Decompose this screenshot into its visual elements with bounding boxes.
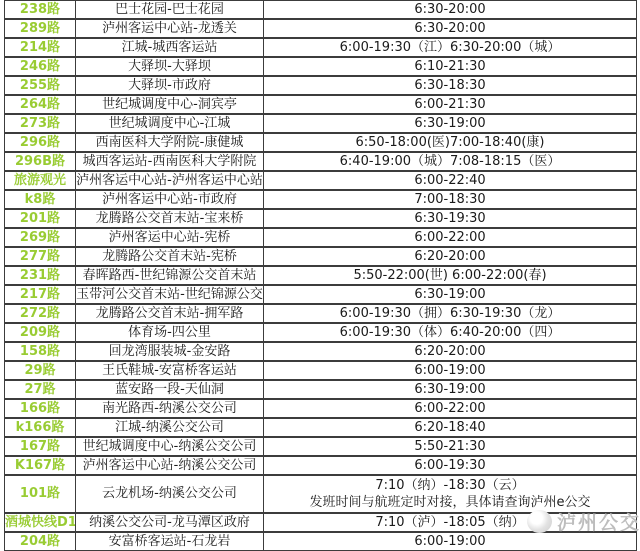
table-row: K167路泸州客运中心站-纳溪公交公司6:00-19:30 (4, 456, 637, 475)
route-times: 7:10（泸）-18:05（纳） (264, 514, 636, 531)
time-range: 6:00-19:30（江）6:30-20:00（城） (264, 39, 636, 56)
route-name: 南光路西-纳溪公交公司 (76, 400, 264, 417)
time-range: 6:30-19:00 (264, 381, 636, 398)
route-number: 214路 (5, 39, 76, 56)
route-times: 6:00-19:30（拥）6:30-19:30（龙） (264, 305, 636, 322)
route-times: 6:20-20:00 (264, 343, 636, 360)
route-number: 158路 (5, 343, 76, 360)
table-row: 231路春晖路西-世纪锦源公交首末站5:50-22:00(世) 6:00-22:… (4, 266, 637, 285)
route-number: 酒城快线D1 (5, 514, 76, 531)
table-row: 204路安富桥客运站-石龙岩6:00-19:00 (4, 532, 637, 551)
route-number: 238路 (5, 1, 76, 18)
table-row: 217路玉带河公交首末站-世纪锦源公交首末站6:30-19:00 (4, 285, 637, 304)
table-row: 296B路城西客运站-西南医科大学附院6:40-19:00（城）7:08-18:… (4, 152, 637, 171)
route-times: 6:00-19:30（江）6:30-20:00（城） (264, 39, 636, 56)
table-row: 238路巴士花园-巴士花园6:30-20:00 (4, 0, 637, 19)
table-row: 167路世纪城调度中心-纳溪公交公司5:50-21:30 (4, 437, 637, 456)
route-times: 6:30-19:00 (264, 381, 636, 398)
route-times: 6:00-19:30（体）6:40-20:00（四） (264, 324, 636, 341)
route-name: 云龙机场-纳溪公交公司 (76, 476, 264, 512)
route-name: 大驿坝-大驿坝 (76, 58, 264, 75)
route-times: 6:20-20:00 (264, 248, 636, 265)
time-range: 6:00-19:30（拥）6:30-19:30（龙） (264, 305, 636, 322)
route-name: 世纪城调度中心-纳溪公交公司 (76, 438, 264, 455)
table-row: 277路龙腾路公交首末站-宪桥6:20-20:00 (4, 247, 637, 266)
time-range: 6:20-20:00 (264, 343, 636, 360)
route-name: 泸州客运中心站-市政府 (76, 191, 264, 208)
route-times: 7:10（纳）-18:30（云）发班时间与航班定时对接，具体请查询泸州e公交 (264, 476, 636, 512)
table-row: 246路大驿坝-大驿坝6:10-21:30 (4, 57, 637, 76)
route-name: 泸州客运中心站-龙透关 (76, 20, 264, 37)
route-name: 巴士花园-巴士花园 (76, 1, 264, 18)
table-row: 272路龙腾路公交首末站-拥军路6:00-19:30（拥）6:30-19:30（… (4, 304, 637, 323)
table-row: 29路王氏鞋城-安富桥客运站6:00-19:00 (4, 361, 637, 380)
route-number: 204路 (5, 533, 76, 550)
route-number: 273路 (5, 115, 76, 132)
route-name: 泸州客运中心站-纳溪公交公司 (76, 457, 264, 474)
time-range: 6:00-19:00 (264, 362, 636, 379)
bus-schedule-page: 238路巴士花园-巴士花园6:30-20:00289路泸州客运中心站-龙透关6:… (0, 0, 640, 551)
route-name: 龙腾路公交首末站-拥军路 (76, 305, 264, 322)
route-name: 龙腾路公交首末站-宪桥 (76, 248, 264, 265)
time-range: 7:00-18:30 (264, 191, 636, 208)
route-times: 5:50-22:00(世) 6:00-22:00(春) (264, 267, 636, 284)
time-range: 6:00-19:30 (264, 457, 636, 474)
table-row: k166路江城-纳溪公交公司6:20-18:40 (4, 418, 637, 437)
time-range: 6:30-19:00 (264, 286, 636, 303)
route-number: 264路 (5, 96, 76, 113)
route-name: 体育场-四公里 (76, 324, 264, 341)
route-times: 6:00-22:00 (264, 229, 636, 246)
time-range: 6:10-21:30 (264, 58, 636, 75)
route-number: 269路 (5, 229, 76, 246)
table-row: 269路泸州客运中心站-宪桥6:00-22:00 (4, 228, 637, 247)
table-row: 酒城快线D1纳溪公交公司-龙马潭区政府7:10（泸）-18:05（纳） (4, 513, 637, 532)
route-number: 272路 (5, 305, 76, 322)
table-row: 209路体育场-四公里6:00-19:30（体）6:40-20:00（四） (4, 323, 637, 342)
route-number: 246路 (5, 58, 76, 75)
route-number: 201路 (5, 210, 76, 227)
route-name: 城西客运站-西南医科大学附院 (76, 153, 264, 170)
table-row: k8路泸州客运中心站-市政府7:00-18:30 (4, 190, 637, 209)
route-number: 289路 (5, 20, 76, 37)
route-times: 6:30-19:00 (264, 286, 636, 303)
route-name: 世纪城调度中心-洞宾亭 (76, 96, 264, 113)
time-range: 6:30-19:00 (264, 115, 636, 132)
time-range: 7:10（泸）-18:05（纳） (264, 514, 636, 531)
route-number: 166路 (5, 400, 76, 417)
route-times: 6:30-19:30 (264, 210, 636, 227)
time-range: 5:50-21:30 (264, 438, 636, 455)
route-name: 龙腾路公交首末站-宝来桥 (76, 210, 264, 227)
time-range: 6:40-19:00（城）7:08-18:15（医） (264, 153, 636, 170)
route-times: 6:00-21:30 (264, 96, 636, 113)
time-range: 6:30-19:30 (264, 210, 636, 227)
route-name: 纳溪公交公司-龙马潭区政府 (76, 514, 264, 531)
route-name: 蓝安路一段-天仙洞 (76, 381, 264, 398)
table-row: 27路蓝安路一段-天仙洞6:30-19:00 (4, 380, 637, 399)
time-range: 6:00-22:00 (264, 400, 636, 417)
route-name: 世纪城调度中心-江城 (76, 115, 264, 132)
table-row: 214路江城-城西客运站6:00-19:30（江）6:30-20:00（城） (4, 38, 637, 57)
route-times: 6:30-20:00 (264, 1, 636, 18)
table-row: 289路泸州客运中心站-龙透关6:30-20:00 (4, 19, 637, 38)
route-name: 回龙湾服装城-金安路 (76, 343, 264, 360)
time-range: 6:00-19:00 (264, 533, 636, 550)
time-range: 6:20-20:00 (264, 248, 636, 265)
table-row: 273路世纪城调度中心-江城6:30-19:00 (4, 114, 637, 133)
route-times: 5:50-21:30 (264, 438, 636, 455)
route-name: 玉带河公交首末站-世纪锦源公交首末站 (76, 286, 264, 303)
time-range: 6:00-22:00 (264, 229, 636, 246)
bus-schedule-table: 238路巴士花园-巴士花园6:30-20:00289路泸州客运中心站-龙透关6:… (4, 0, 637, 551)
route-number: 29路 (5, 362, 76, 379)
time-range: 6:30-20:00 (264, 20, 636, 37)
time-range: 7:10（纳）-18:30（云） (264, 477, 636, 494)
route-number: K167路 (5, 457, 76, 474)
time-range: 6:30-20:00 (264, 1, 636, 18)
route-name: 泸州客运中心站-泸州客运中心站 (76, 172, 264, 189)
route-number: 296B路 (5, 153, 76, 170)
time-range: 6:20-18:40 (264, 419, 636, 436)
route-number: 167路 (5, 438, 76, 455)
time-range: 6:30-18:30 (264, 77, 636, 94)
route-times: 6:00-22:40 (264, 172, 636, 189)
route-number: 旅游观光 (5, 172, 76, 189)
route-number: 231路 (5, 267, 76, 284)
route-times: 6:50-18:00(医)7:00-18:40(康) (264, 134, 636, 151)
route-times: 6:30-19:00 (264, 115, 636, 132)
table-row: 264路世纪城调度中心-洞宾亭6:00-21:30 (4, 95, 637, 114)
route-times: 7:00-18:30 (264, 191, 636, 208)
route-number: 27路 (5, 381, 76, 398)
route-times: 6:20-18:40 (264, 419, 636, 436)
route-name: 江城-纳溪公交公司 (76, 419, 264, 436)
route-number: 296路 (5, 134, 76, 151)
route-times: 6:00-19:00 (264, 533, 636, 550)
table-row: 296路西南医科大学附院-康健城6:50-18:00(医)7:00-18:40(… (4, 133, 637, 152)
route-number: 277路 (5, 248, 76, 265)
route-name: 泸州客运中心站-宪桥 (76, 229, 264, 246)
route-number: 101路 (5, 476, 76, 512)
route-number: 255路 (5, 77, 76, 94)
route-times: 6:30-20:00 (264, 20, 636, 37)
time-range: 6:00-22:40 (264, 172, 636, 189)
route-times: 6:40-19:00（城）7:08-18:15（医） (264, 153, 636, 170)
route-name: 王氏鞋城-安富桥客运站 (76, 362, 264, 379)
table-row: 166路南光路西-纳溪公交公司6:00-22:00 (4, 399, 637, 418)
route-number: k166路 (5, 419, 76, 436)
table-row: 旅游观光泸州客运中心站-泸州客运中心站6:00-22:40 (4, 171, 637, 190)
route-name: 江城-城西客运站 (76, 39, 264, 56)
time-range: 6:50-18:00(医)7:00-18:40(康) (264, 134, 636, 151)
time-note: 发班时间与航班定时对接，具体请查询泸州e公交 (264, 494, 636, 511)
route-name: 安富桥客运站-石龙岩 (76, 533, 264, 550)
table-row: 201路龙腾路公交首末站-宝来桥6:30-19:30 (4, 209, 637, 228)
route-name: 大驿坝-市政府 (76, 77, 264, 94)
time-range: 6:00-21:30 (264, 96, 636, 113)
time-range: 6:00-19:30（体）6:40-20:00（四） (264, 324, 636, 341)
route-number: k8路 (5, 191, 76, 208)
route-times: 6:00-19:30 (264, 457, 636, 474)
route-number: 217路 (5, 286, 76, 303)
table-row: 101路云龙机场-纳溪公交公司7:10（纳）-18:30（云）发班时间与航班定时… (4, 475, 637, 513)
route-times: 6:10-21:30 (264, 58, 636, 75)
table-row: 158路回龙湾服装城-金安路6:20-20:00 (4, 342, 637, 361)
route-number: 209路 (5, 324, 76, 341)
route-times: 6:00-19:00 (264, 362, 636, 379)
route-times: 6:00-22:00 (264, 400, 636, 417)
time-range: 5:50-22:00(世) 6:00-22:00(春) (264, 267, 636, 284)
table-row: 255路大驿坝-市政府6:30-18:30 (4, 76, 637, 95)
route-times: 6:30-18:30 (264, 77, 636, 94)
route-name: 西南医科大学附院-康健城 (76, 134, 264, 151)
route-name: 春晖路西-世纪锦源公交首末站 (76, 267, 264, 284)
